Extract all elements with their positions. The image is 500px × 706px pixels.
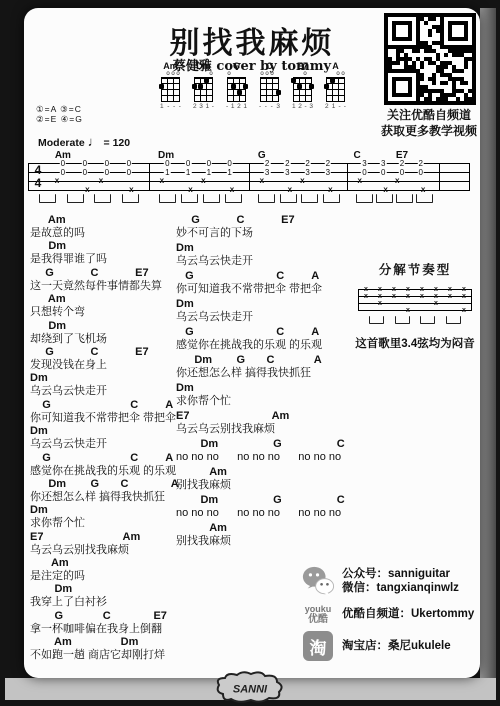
- lyric-text: 我穿上了白衬衫: [30, 596, 178, 609]
- lyric-line: G C A感觉你在挑战我的乐观 的乐观: [30, 452, 178, 478]
- beat: 00x: [97, 163, 119, 191]
- mute-mark: x: [260, 177, 264, 185]
- lyric-line: G C E7拿一杯咖啡偏在我身上倒翻: [30, 610, 178, 636]
- lyric-line: Dm乌云乌云快走开: [176, 242, 356, 270]
- eighth-beam: [420, 316, 435, 324]
- beat: 01x: [200, 163, 221, 191]
- rhythm-mini-staff: xxxxxxxxxxxxxxxxxxxx: [358, 289, 472, 311]
- lyric-text: 是故意的吗: [30, 227, 178, 240]
- tuning-line-1: ①=A ③=C: [36, 104, 83, 114]
- chord-line: Dm G C A: [176, 354, 356, 367]
- eighth-beam: [301, 194, 318, 203]
- mute-mark: x: [421, 186, 425, 194]
- eighth-beam: [446, 316, 461, 324]
- mute-mark: x: [328, 186, 332, 194]
- chord-diagram-A: Aoo21--: [323, 61, 348, 110]
- beat: 23x: [299, 163, 319, 191]
- beam-row: [150, 194, 250, 206]
- eighth-beam: [203, 194, 220, 203]
- time-signature: 44: [33, 164, 43, 190]
- lyric-line: Dm乌云乌云快走开: [176, 298, 356, 326]
- chord-name: G: [224, 61, 249, 71]
- chord-line: Dm: [30, 425, 178, 438]
- lyric-line: G C E7这一天竟然每件事情都失算: [30, 267, 178, 293]
- mute-mark: x: [160, 177, 164, 185]
- chord-name: A: [323, 61, 348, 71]
- lyric-line: Dm G C A你还想怎么样 搞得我快抓狂: [176, 354, 356, 382]
- tab-measure-final: [440, 150, 470, 206]
- chord-line: Dm: [176, 242, 356, 255]
- chord-line: Dm: [30, 504, 178, 517]
- qr-caption-line-1: 关注优酷自频道: [366, 108, 492, 124]
- beats: 01x01x01x01x: [150, 163, 249, 191]
- lyric-line: Am别找我麻烦: [176, 522, 356, 550]
- eighth-beam: [395, 316, 410, 324]
- rhythm-eighth: xxx: [401, 289, 415, 311]
- chord-line: Am: [30, 557, 178, 570]
- rhythm-eighth: xx: [387, 289, 401, 311]
- beat: 00x: [119, 163, 141, 191]
- youku-icon-cn: 优酷: [308, 614, 328, 625]
- lyric-text: 乌云乌云快走开: [176, 311, 356, 324]
- lyric-line: Dm G Cno no no no no no no no no: [176, 494, 356, 522]
- fretboard-grid: [227, 77, 246, 102]
- lyric-text: 求你帮个忙: [176, 395, 356, 408]
- lyric-text: 是我得罪谁了吗: [30, 253, 178, 266]
- tab-measure: Am4400x00x00x00x: [28, 150, 150, 206]
- lyric-text: 你可知道我不常带把伞 带把伞: [30, 412, 178, 425]
- lyric-text: no no no no no no no no no: [176, 451, 356, 464]
- lyric-line: Dm G C A你还想怎么样 搞得我快抓狂: [30, 478, 178, 504]
- beat: 01x: [158, 163, 179, 191]
- beat: 01x: [179, 163, 200, 191]
- mute-mark: x: [201, 177, 205, 185]
- beat: 01x: [220, 163, 241, 191]
- tab-measure: CE730x30x20x20x: [348, 150, 440, 206]
- chord-line: E7 Am: [30, 531, 178, 544]
- fingering: -121: [226, 103, 247, 110]
- lyric-line: G C A感觉你在挑战我的乐观 的乐观: [176, 326, 356, 354]
- social-links: 公众号：sanniguitar 微信：tangxianqinwlz youku …: [300, 564, 480, 668]
- lyric-text: 乌云乌云别找我麻烦: [30, 544, 178, 557]
- lyric-line: Am Dm不如跑一趟 商店它却刚打烊: [30, 636, 178, 662]
- measure-staff: 23x23x23x23x: [250, 163, 348, 191]
- wechat-official-account: 公众号：sanniguitar: [342, 567, 459, 582]
- measure-staff: 4400x00x00x00x: [28, 163, 150, 191]
- lyric-line: Dm求你帮个忙: [30, 504, 178, 530]
- eighth-beam: [67, 194, 84, 203]
- lyric-line: Am是故意的吗: [30, 214, 178, 240]
- tab-measure: G23x23x23x23x: [250, 150, 348, 206]
- beat: 23x: [278, 163, 298, 191]
- chord-line: Dm: [176, 298, 356, 311]
- fingering: ---3: [259, 103, 280, 110]
- rhythm-title: 分解节奏型: [354, 260, 476, 278]
- sanni-logo-text: SANNI: [233, 684, 268, 696]
- chord-line: Dm: [176, 382, 356, 395]
- eighth-beam: [323, 194, 340, 203]
- mute-mark: x: [383, 186, 387, 194]
- lyric-line: G C A你可知道我不常带把伞 带把伞: [30, 399, 178, 425]
- tab-measure: Dm01x01x01x01x: [150, 150, 250, 206]
- mute-mark: x: [188, 186, 192, 194]
- lyrics-column-middle: G C E7妙不可言的下场Dm乌云乌云快走开 G C A你可知道我不常带把伞 带…: [176, 214, 356, 550]
- lyric-line: Am只想转个弯: [30, 293, 178, 319]
- rhythm-eighth: xx: [415, 289, 429, 311]
- lyric-text: 你还想怎么样 搞得我快抓狂: [176, 367, 356, 380]
- tuning-line-2: ②=E ④=G: [36, 114, 83, 124]
- tempo-marking: Moderate ♩ = 120: [38, 134, 130, 149]
- lyric-line: E7 Am乌云乌云别找我麻烦: [30, 531, 178, 557]
- quarter-note-icon: ♩: [88, 134, 101, 149]
- fingering: 21--: [325, 103, 346, 110]
- beats: 23x23x23x23x: [250, 163, 347, 191]
- eighth-beam: [356, 194, 373, 203]
- taobao-icon-glyph: 淘: [303, 631, 333, 661]
- lyric-line: Am是注定的吗: [30, 557, 178, 583]
- lyric-text: 这一天竟然每件事情都失算: [30, 280, 178, 293]
- rhythm-eighth: xxx: [373, 289, 387, 311]
- lyric-text: 你还想怎么样 搞得我快抓狂: [30, 491, 178, 504]
- chord-label: C: [354, 150, 361, 161]
- chord-line: Am: [176, 522, 356, 535]
- fingering: 1---: [160, 103, 181, 110]
- beat: 00x: [53, 163, 75, 191]
- lyric-text: 发现没钱在身上: [30, 359, 178, 372]
- beat: 23x: [258, 163, 278, 191]
- chord-line: G C A: [176, 326, 356, 339]
- taobao-shop: 淘宝店：桑尼ukulele: [342, 639, 451, 654]
- fretboard-grid: [260, 77, 279, 102]
- fretboard-grid: [161, 77, 180, 102]
- lyric-line: Am别找我麻烦: [176, 466, 356, 494]
- eighth-beam: [39, 194, 56, 203]
- chord-line: G C A: [176, 270, 356, 283]
- lyric-line: Dm G Cno no no no no no no no no: [176, 438, 356, 466]
- mute-mark: x: [300, 177, 304, 185]
- youku-icon-latin: youku: [305, 604, 332, 614]
- chord-line: G C E7: [30, 267, 178, 280]
- lyric-text: no no no no no no no no no: [176, 507, 356, 520]
- lyric-text: 却绕到了飞机场: [30, 333, 178, 346]
- eighth-beam: [122, 194, 139, 203]
- chord-line: E7 Am: [176, 410, 356, 423]
- beam-row: [250, 194, 348, 206]
- beats: 30x30x20x20x: [348, 163, 439, 191]
- chord-diagram-Am: Amooo1---: [158, 61, 183, 110]
- rhythm-caption: 这首歌里3.4弦均为闷音: [354, 335, 476, 351]
- wechat-icon: [300, 564, 336, 598]
- qr-caption: 关注优酷自频道 获取更多教学视频: [366, 108, 492, 139]
- chord-name: Dm: [191, 61, 216, 71]
- rhythm-eighth: xx: [443, 289, 457, 311]
- fingering: 231-: [193, 103, 214, 110]
- lyric-line: Dm却绕到了飞机场: [30, 320, 178, 346]
- lyric-text: 乌云乌云别找我麻烦: [176, 423, 356, 436]
- lyric-line: Dm是我得罪谁了吗: [30, 240, 178, 266]
- qr-code: [384, 13, 476, 105]
- rhythm-eighth: xxx: [457, 289, 471, 311]
- beat: 30x: [356, 163, 375, 191]
- lyrics-column-left: Am是故意的吗 Dm是我得罪谁了吗 G C E7这一天竟然每件事情都失算 Am只…: [30, 214, 178, 663]
- chord-line: Dm G C A: [30, 478, 178, 491]
- fretboard-grid: [194, 77, 213, 102]
- beam-row: [348, 194, 440, 206]
- rhythm-pattern-block: 分解节奏型 xxxxxxxxxxxxxxxxxxxx 这首歌里3.4弦均为闷音: [354, 260, 476, 351]
- lyric-text: 你可知道我不常带把伞 带把伞: [176, 283, 356, 296]
- taobao-row: 淘 淘宝店：桑尼ukulele: [300, 631, 480, 661]
- eighth-beam: [376, 194, 393, 203]
- mute-mark: x: [358, 177, 362, 185]
- chord-line: Dm: [30, 583, 178, 596]
- lyric-text: 感觉你在挑战我的乐观 的乐观: [30, 465, 178, 478]
- tab-staff: Am4400x00x00x00xDm01x01x01x01xG23x23x23x…: [28, 150, 470, 206]
- lyric-line: G C A你可知道我不常带把伞 带把伞: [176, 270, 356, 298]
- eighth-beam: [225, 194, 242, 203]
- mute-mark: x: [129, 186, 133, 194]
- beat: 00x: [75, 163, 97, 191]
- youku-channel: 优酷自频道：Ukertommy: [342, 607, 474, 622]
- eighth-beam: [94, 194, 111, 203]
- mute-mark: x: [395, 177, 399, 185]
- lyric-line: Dm我穿上了白衬衫: [30, 583, 178, 609]
- lyric-line: E7 Am乌云乌云别找我麻烦: [176, 410, 356, 438]
- chord-line: Dm G C: [176, 438, 356, 451]
- chord-name: Am: [158, 61, 183, 71]
- scanned-sheet-photo: 别找我麻烦 蔡健雅 cover by tommy Amooo1---Dmo231…: [0, 0, 500, 706]
- youku-row: youku 优酷 优酷自频道：Ukertommy: [300, 605, 480, 624]
- beam-row: [28, 194, 150, 206]
- chord-diagram-G: Go-121: [224, 61, 249, 110]
- measure-staff: 01x01x01x01x: [150, 163, 250, 191]
- beat: 20x: [394, 163, 413, 191]
- lyric-text: 乌云乌云快走开: [176, 255, 356, 268]
- lyric-text: 乌云乌云快走开: [30, 385, 178, 398]
- wechat-row: 公众号：sanniguitar 微信：tangxianqinwlz: [300, 564, 480, 598]
- taobao-icon: 淘: [300, 631, 336, 661]
- measure-staff: 30x30x20x20x: [348, 163, 440, 191]
- rhythm-beams: [354, 316, 476, 324]
- chord-diagram-row: Amooo1---Dmo231-Go-121Cooo---3E7o12-3Aoo…: [158, 61, 348, 110]
- lyric-text: 求你帮个忙: [30, 517, 178, 530]
- chord-line: Am: [30, 214, 178, 227]
- chord-name: C: [257, 61, 282, 71]
- chord-line: G C A: [30, 452, 178, 465]
- sanni-logo: SANNI: [211, 670, 289, 706]
- beat: 30x: [375, 163, 394, 191]
- lyric-line: G C E7发现没钱在身上: [30, 346, 178, 372]
- eighth-beam: [280, 194, 297, 203]
- chord-line: Am Dm: [30, 636, 178, 649]
- beat: 23x: [319, 163, 339, 191]
- eighth-beam: [369, 316, 384, 324]
- chord-line: Dm: [30, 240, 178, 253]
- eighth-beam: [258, 194, 275, 203]
- fretboard-grid: [293, 77, 312, 102]
- chord-diagram-C: Cooo---3: [257, 61, 282, 110]
- lyric-line: Dm求你帮个忙: [176, 382, 356, 410]
- lyric-text: 感觉你在挑战我的乐观 的乐观: [176, 339, 356, 352]
- lyric-text: 别找我麻烦: [176, 479, 356, 492]
- rhythm-eighth: xx: [359, 289, 373, 311]
- chord-line: Dm G C: [176, 494, 356, 507]
- tempo-value: = 120: [104, 137, 131, 149]
- lyric-text: 是注定的吗: [30, 570, 178, 583]
- mute-mark: x: [99, 177, 103, 185]
- fingering: 12-3: [292, 103, 313, 110]
- chord-line: G C E7: [30, 346, 178, 359]
- qr-caption-line-2: 获取更多教学视频: [366, 124, 492, 140]
- fretboard-grid: [326, 77, 345, 102]
- mute-mark: x: [230, 186, 234, 194]
- youku-icon: youku 优酷: [300, 605, 336, 624]
- eighth-beam: [396, 194, 413, 203]
- lyric-line: G C E7妙不可言的下场: [176, 214, 356, 242]
- chord-line: Am: [176, 466, 356, 479]
- lyric-line: Dm乌云乌云快走开: [30, 425, 178, 451]
- lyric-line: Dm乌云乌云快走开: [30, 372, 178, 398]
- beats: 00x00x00x00x: [29, 163, 149, 191]
- mute-mark: x: [85, 186, 89, 194]
- lyric-text: 只想转个弯: [30, 306, 178, 319]
- lyric-text: 妙不可言的下场: [176, 227, 356, 240]
- chord-line: Dm: [30, 372, 178, 385]
- chord-line: G C E7: [30, 610, 178, 623]
- eighth-beam: [416, 194, 433, 203]
- beat: 20x: [412, 163, 431, 191]
- chord-line: G C E7: [176, 214, 356, 227]
- tuning-legend: ①=A ③=C ②=E ④=G: [36, 104, 83, 124]
- chord-line: Am: [30, 293, 178, 306]
- mute-mark: x: [55, 177, 59, 185]
- chord-name: E7: [290, 61, 315, 71]
- lyric-text: 不如跑一趟 商店它却刚打烊: [30, 649, 178, 662]
- eighth-beam: [159, 194, 176, 203]
- lyric-text: 拿一杯咖啡偏在我身上倒翻: [30, 623, 178, 636]
- eighth-beam: [181, 194, 198, 203]
- tempo-label: Moderate: [38, 137, 85, 149]
- lyric-text: 别找我麻烦: [176, 535, 356, 548]
- chord-diagram-Dm: Dmo231-: [191, 61, 216, 110]
- lyric-text: 乌云乌云快走开: [30, 438, 178, 451]
- mute-mark: x: [288, 186, 292, 194]
- wechat-id: 微信：tangxianqinwlz: [342, 581, 459, 596]
- chord-line: G C A: [30, 399, 178, 412]
- chord-line: Dm: [30, 320, 178, 333]
- chord-diagram-E7: E7o12-3: [290, 61, 315, 110]
- rhythm-eighth: xxx: [429, 289, 443, 311]
